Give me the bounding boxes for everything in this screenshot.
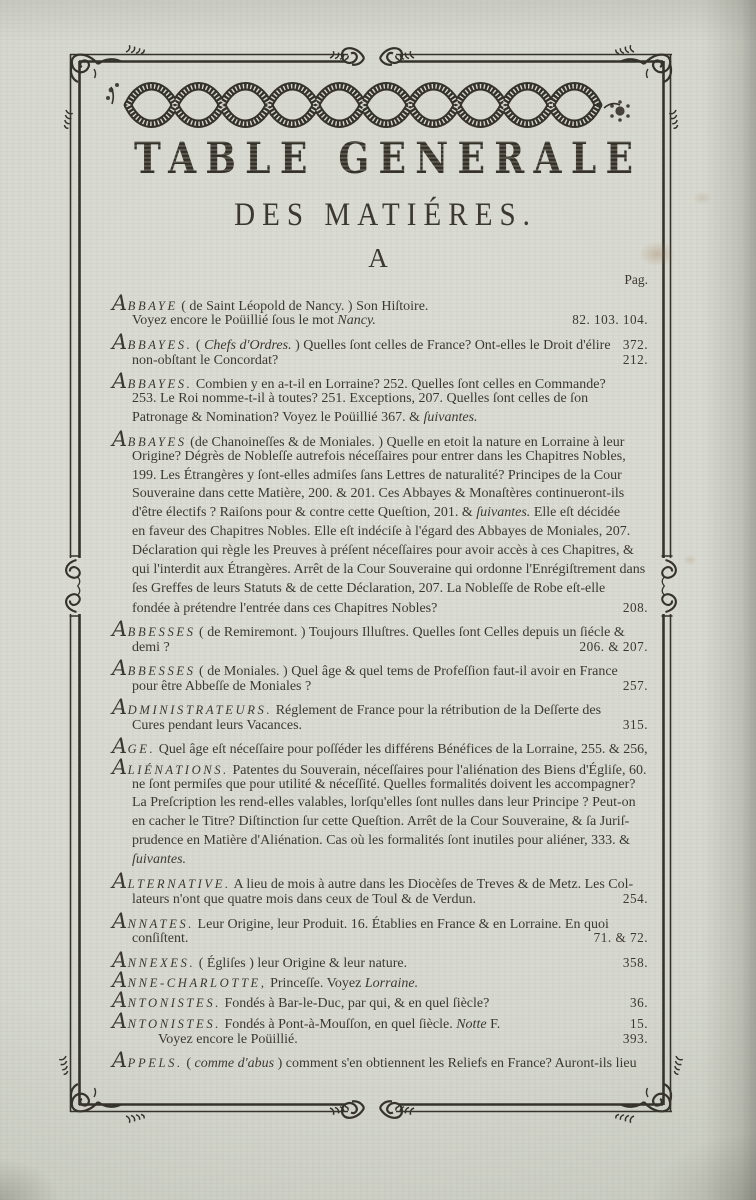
- entry-row: ANTONISTES. Fondés à Pont-à-Mouſſon, en …: [112, 1011, 648, 1030]
- entry-text: ſuivantes.: [132, 851, 648, 870]
- entry-text: Voyez encore le Poüillié ſous le mot Nan…: [132, 312, 564, 331]
- entry-headword: BBESSES: [128, 664, 196, 678]
- entry-row: pour être Abbeſſe de Moniales ?257.: [112, 677, 648, 696]
- entry-text: 253. Le Roi nomme-t-il à toutes? 251. Ex…: [132, 390, 648, 409]
- text-segment: La Preſcription les rend-elles valables,…: [132, 795, 636, 810]
- entry-row: 253. Le Roi nomme-t-il à toutes? 251. Ex…: [112, 390, 648, 409]
- entry-initial: A: [112, 695, 128, 719]
- text-segment-italic: Lorraine.: [365, 976, 418, 991]
- entry-row: en cacher le Titre? Diſtinction ſur cett…: [112, 813, 648, 832]
- entry-row: La Preſcription les rend-elles valables,…: [112, 794, 648, 813]
- entry-text: La Preſcription les rend-elles valables,…: [132, 794, 648, 813]
- entry-initial: A: [112, 330, 128, 354]
- entry-row: non-obſtant le Concordat?212.: [112, 351, 648, 370]
- text-segment: Réglement de France pour la rétribution …: [272, 703, 601, 718]
- entry-text: en cacher le Titre? Diſtinction ſur cett…: [132, 813, 648, 832]
- entry-row: fondée à prétendre l'entrée dans ces Cha…: [112, 599, 648, 618]
- text-segment: F.: [487, 1017, 501, 1032]
- entry-row: Patronage & Nomination? Voyez le Poüilli…: [112, 409, 648, 428]
- entry-row: ANNEXES. ( Égliſes ) leur Origine & leur…: [112, 950, 648, 969]
- entry-row: demi ?206. & 207.: [112, 638, 648, 657]
- text-segment: fondée à prétendre l'entrée dans ces Cha…: [132, 601, 437, 616]
- entry-text: APPELS. ( comme d'abus ) comment s'en ob…: [112, 1050, 648, 1074]
- entry-text: AGE. Quel âge eſt néceſſaire pour poſſéd…: [112, 736, 646, 760]
- text-segment-italic: comme d'abus: [194, 1056, 274, 1071]
- text-segment: ſes Greffes de leurs Statuts & de cette …: [132, 581, 605, 596]
- page-ref: 36.: [630, 994, 648, 1013]
- text-segment: Voyez encore le Poüillié ſous le mot: [132, 313, 337, 328]
- entry-headword: PPELS.: [128, 1056, 183, 1070]
- entry-headword: BBAYE: [128, 299, 178, 313]
- entry-row: Déclaration qui règle les Preuves à préſ…: [112, 542, 648, 561]
- text-segment-italic: Chefs d'Ordres.: [204, 338, 292, 353]
- text-segment: 199. Les Étrangères y ſont-elles admiſes…: [132, 468, 622, 483]
- text-segment: 253. Le Roi nomme-t-il à toutes? 251. Ex…: [132, 391, 588, 406]
- text-segment: Patronage & Nomination? Voyez le Poüilli…: [132, 410, 424, 425]
- entry-text: Déclaration qui règle les Preuves à préſ…: [132, 542, 648, 561]
- entry-text: fondée à prétendre l'entrée dans ces Cha…: [132, 600, 615, 619]
- entry-row: en faveur des Chapitres Nobles. Elle eſt…: [112, 523, 648, 542]
- rocaille-side-flourish: [66, 556, 80, 616]
- entry-row: AGE. Quel âge eſt néceſſaire pour poſſéd…: [112, 736, 648, 755]
- braid-guilloche-ornament: [104, 78, 652, 132]
- entry-headword: LTERNATIVE.: [128, 877, 231, 891]
- entry-row: prudence en Matière d'Aliénation. Cas où…: [112, 832, 648, 851]
- entry-text: Cures pendant leurs Vacances.: [132, 717, 615, 736]
- text-segment: Fondés à Bar-le-Duc, par qui, & en quel …: [221, 996, 489, 1011]
- text-segment: (: [192, 338, 204, 353]
- text-segment: Origine? Dégrès de Nobleſſe autrefois né…: [132, 449, 626, 464]
- section-letter: A: [0, 243, 756, 274]
- entry-initial: A: [112, 1009, 128, 1033]
- page-ref: 82. 103. 104.: [572, 311, 648, 330]
- text-segment: d'être électifs ? Raiſons pour & contre …: [132, 505, 476, 520]
- text-segment: ( de Remiremont. ) Toujours Illuſtres. Q…: [196, 625, 625, 640]
- entry-text: lateurs n'ont que quatre mois dans ceux …: [132, 891, 615, 910]
- text-segment: Quel âge eſt néceſſaire pour poſſéder le…: [155, 742, 647, 757]
- entry-initial: A: [112, 617, 128, 641]
- entry-initial: A: [112, 427, 128, 451]
- text-segment: en faveur des Chapitres Nobles. Elle eſt…: [132, 524, 630, 539]
- entry-text: Voyez encore le Poüillié.: [158, 1031, 615, 1050]
- entry-headword: NNE-CHARLOTTE,: [128, 976, 267, 990]
- entry-initial: A: [112, 909, 128, 933]
- page-ref: 71. & 72.: [594, 929, 648, 948]
- entry-row: d'être électifs ? Raiſons pour & contre …: [112, 504, 648, 523]
- entry-row: ANTONISTES. Fondés à Bar-le-Duc, par qui…: [112, 990, 648, 1009]
- entry-row: ne ſont permiſes que pour utilité & néce…: [112, 776, 648, 795]
- text-segment-italic: ſuivantes.: [424, 410, 478, 425]
- page-ref: 315.: [623, 716, 648, 735]
- text-segment: demi ?: [132, 640, 170, 655]
- text-segment: ) Quelles ſont celles de France? Ont-ell…: [292, 338, 611, 353]
- text-segment: Fondés à Pont-à-Mouſſon, en quel ſiècle.: [221, 1017, 456, 1032]
- text-segment: A lieu de mois à autre dans les Diocèſes…: [231, 877, 633, 892]
- text-segment: en cacher le Titre? Diſtinction ſur cett…: [132, 814, 629, 829]
- entry-text: d'être électifs ? Raiſons pour & contre …: [132, 504, 648, 523]
- entry-row: qui l'interdit aux Étrangères. Arrêt de …: [112, 561, 648, 580]
- entry-text: ne ſont permiſes que pour utilité & néce…: [132, 776, 648, 795]
- entry-text: Souveraine dans cette Matière, 200. & 20…: [132, 485, 648, 504]
- text-segment: prudence en Matière d'Aliénation. Cas où…: [132, 833, 630, 848]
- entry-row: 199. Les Étrangères y ſont-elles admiſes…: [112, 467, 648, 486]
- text-segment: conſiſtent.: [132, 931, 188, 946]
- entry-text: 199. Les Étrangères y ſont-elles admiſes…: [132, 467, 648, 486]
- page-column-header: Pag.: [624, 272, 648, 288]
- page-title: TABLE GENERALE: [61, 134, 705, 184]
- entry-row: Souveraine dans cette Matière, 200. & 20…: [112, 485, 648, 504]
- entry-text: pour être Abbeſſe de Moniales ?: [132, 678, 615, 697]
- page-ref: 208.: [623, 599, 648, 618]
- text-segment: Princeſſe. Voyez: [267, 976, 365, 991]
- page-ref: 254.: [623, 890, 648, 909]
- page-ref: 393.: [623, 1030, 648, 1049]
- entry-row: APPELS. ( comme d'abus ) comment s'en ob…: [112, 1050, 648, 1069]
- entry-text: en faveur des Chapitres Nobles. Elle eſt…: [132, 523, 648, 542]
- entry-initial: A: [112, 291, 128, 315]
- text-segment-italic: ſuivantes.: [132, 852, 186, 867]
- entry-text: qui l'interdit aux Étrangères. Arrêt de …: [132, 561, 648, 580]
- entry-row: ABBESSES ( de Remiremont. ) Toujours Ill…: [112, 619, 648, 638]
- entry-headword: NTONISTES.: [128, 996, 221, 1010]
- text-segment: pour être Abbeſſe de Moniales ?: [132, 679, 311, 694]
- text-segment: ( de Moniales. ) Quel âge & quel tems de…: [196, 664, 618, 679]
- text-segment: Leur Origine, leur Produit. 16. Établies…: [194, 917, 609, 932]
- entry-initial: A: [112, 369, 128, 393]
- entry-headword: NNEXES.: [128, 956, 196, 970]
- text-segment: ( de Saint Léopold de Nancy. ) Son Hiſto…: [178, 299, 429, 314]
- text-segment: Cures pendant leurs Vacances.: [132, 718, 302, 733]
- entry-text: Origine? Dégrès de Nobleſſe autrefois né…: [132, 448, 648, 467]
- entry-initial: A: [112, 1048, 128, 1072]
- text-segment: qui l'interdit aux Étrangères. Arrêt de …: [132, 562, 645, 577]
- entry-text: demi ?: [132, 639, 571, 658]
- entry-row: ſuivantes.: [112, 851, 648, 870]
- entry-initial: A: [112, 734, 128, 758]
- text-segment: Voyez encore le Poüillié.: [158, 1032, 298, 1047]
- text-segment: Elle eſt décidée: [530, 505, 620, 520]
- index-entries: ABBAYE ( de Saint Léopold de Nancy. ) So…: [112, 291, 648, 1069]
- entry-row: ALTERNATIVE. A lieu de mois à autre dans…: [112, 871, 648, 890]
- entry-initial: A: [112, 869, 128, 893]
- text-segment: ) comment s'en obtiennent les Reliefs en…: [274, 1056, 637, 1071]
- entry-row: conſiſtent.71. & 72.: [112, 929, 648, 948]
- entry-row: Cures pendant leurs Vacances.315.: [112, 716, 648, 735]
- entry-headword: DMINISTRATEURS.: [128, 703, 273, 717]
- text-segment: ( Égliſes ) leur Origine & leur nature.: [195, 956, 407, 971]
- entry-row: Origine? Dégrès de Nobleſſe autrefois né…: [112, 448, 648, 467]
- text-segment: Déclaration qui règle les Preuves à préſ…: [132, 543, 634, 558]
- entry-text: non-obſtant le Concordat?: [132, 352, 615, 371]
- entry-row: ABBESSES ( de Moniales. ) Quel âge & que…: [112, 658, 648, 677]
- entry-text: prudence en Matière d'Aliénation. Cas où…: [132, 832, 648, 851]
- facing-c-scrolls-ornament: [342, 48, 402, 65]
- entry-row: ſes Greffes de leurs Statuts & de cette …: [112, 580, 648, 599]
- entry-row: ANNE-CHARLOTTE, Princeſſe. Voyez Lorrain…: [112, 970, 648, 989]
- page-ref: 206. & 207.: [579, 638, 648, 657]
- entry-row: ADMINISTRATEURS. Réglement de France pou…: [112, 697, 648, 716]
- text-segment: ne ſont permiſes que pour utilité & néce…: [132, 777, 635, 792]
- entry-row: ABBAYES. Combien y en a-t-il en Lorraine…: [112, 371, 648, 390]
- page-subtitle: DES MATIÉRES.: [46, 197, 718, 234]
- entry-headword: BBAYES.: [128, 338, 193, 352]
- text-segment-italic: ſuivantes.: [476, 505, 530, 520]
- entry-initial: A: [112, 656, 128, 680]
- page-ref: 257.: [623, 677, 648, 696]
- entry-headword: NNATES.: [128, 917, 194, 931]
- entry-row: ANNATES. Leur Origine, leur Produit. 16.…: [112, 911, 648, 930]
- text-segment: lateurs n'ont que quatre mois dans ceux …: [132, 892, 476, 907]
- photographed-book-page: TABLE GENERALE DES MATIÉRES. A Pag. ABBA…: [0, 0, 756, 1200]
- entry-headword: NTONISTES.: [128, 1017, 221, 1031]
- text-segment-italic: Notte: [456, 1017, 486, 1032]
- entry-text: Patronage & Nomination? Voyez le Poüilli…: [132, 409, 648, 428]
- entry-row: lateurs n'ont que quatre mois dans ceux …: [112, 890, 648, 909]
- entry-text: conſiſtent.: [132, 930, 586, 949]
- text-segment-italic: Nancy.: [337, 313, 376, 328]
- entry-headword: BBESSES: [128, 625, 196, 639]
- entry-row: ABBAYES (de Chanoineſſes & de Moniales. …: [112, 429, 648, 448]
- text-segment: non-obſtant le Concordat?: [132, 353, 278, 368]
- entry-text: ſes Greffes de leurs Statuts & de cette …: [132, 580, 648, 599]
- text-segment: (: [183, 1056, 195, 1071]
- entry-row: ABBAYE ( de Saint Léopold de Nancy. ) So…: [112, 293, 648, 312]
- entry-headword: GE.: [128, 742, 156, 756]
- text-segment: Souveraine dans cette Matière, 200. & 20…: [132, 486, 624, 501]
- entry-row: Voyez encore le Poüillié.393.: [112, 1030, 648, 1049]
- page-ref: 212.: [623, 351, 648, 370]
- entry-row: ABBAYES. ( Chefs d'Ordres. ) Quelles ſon…: [112, 332, 648, 351]
